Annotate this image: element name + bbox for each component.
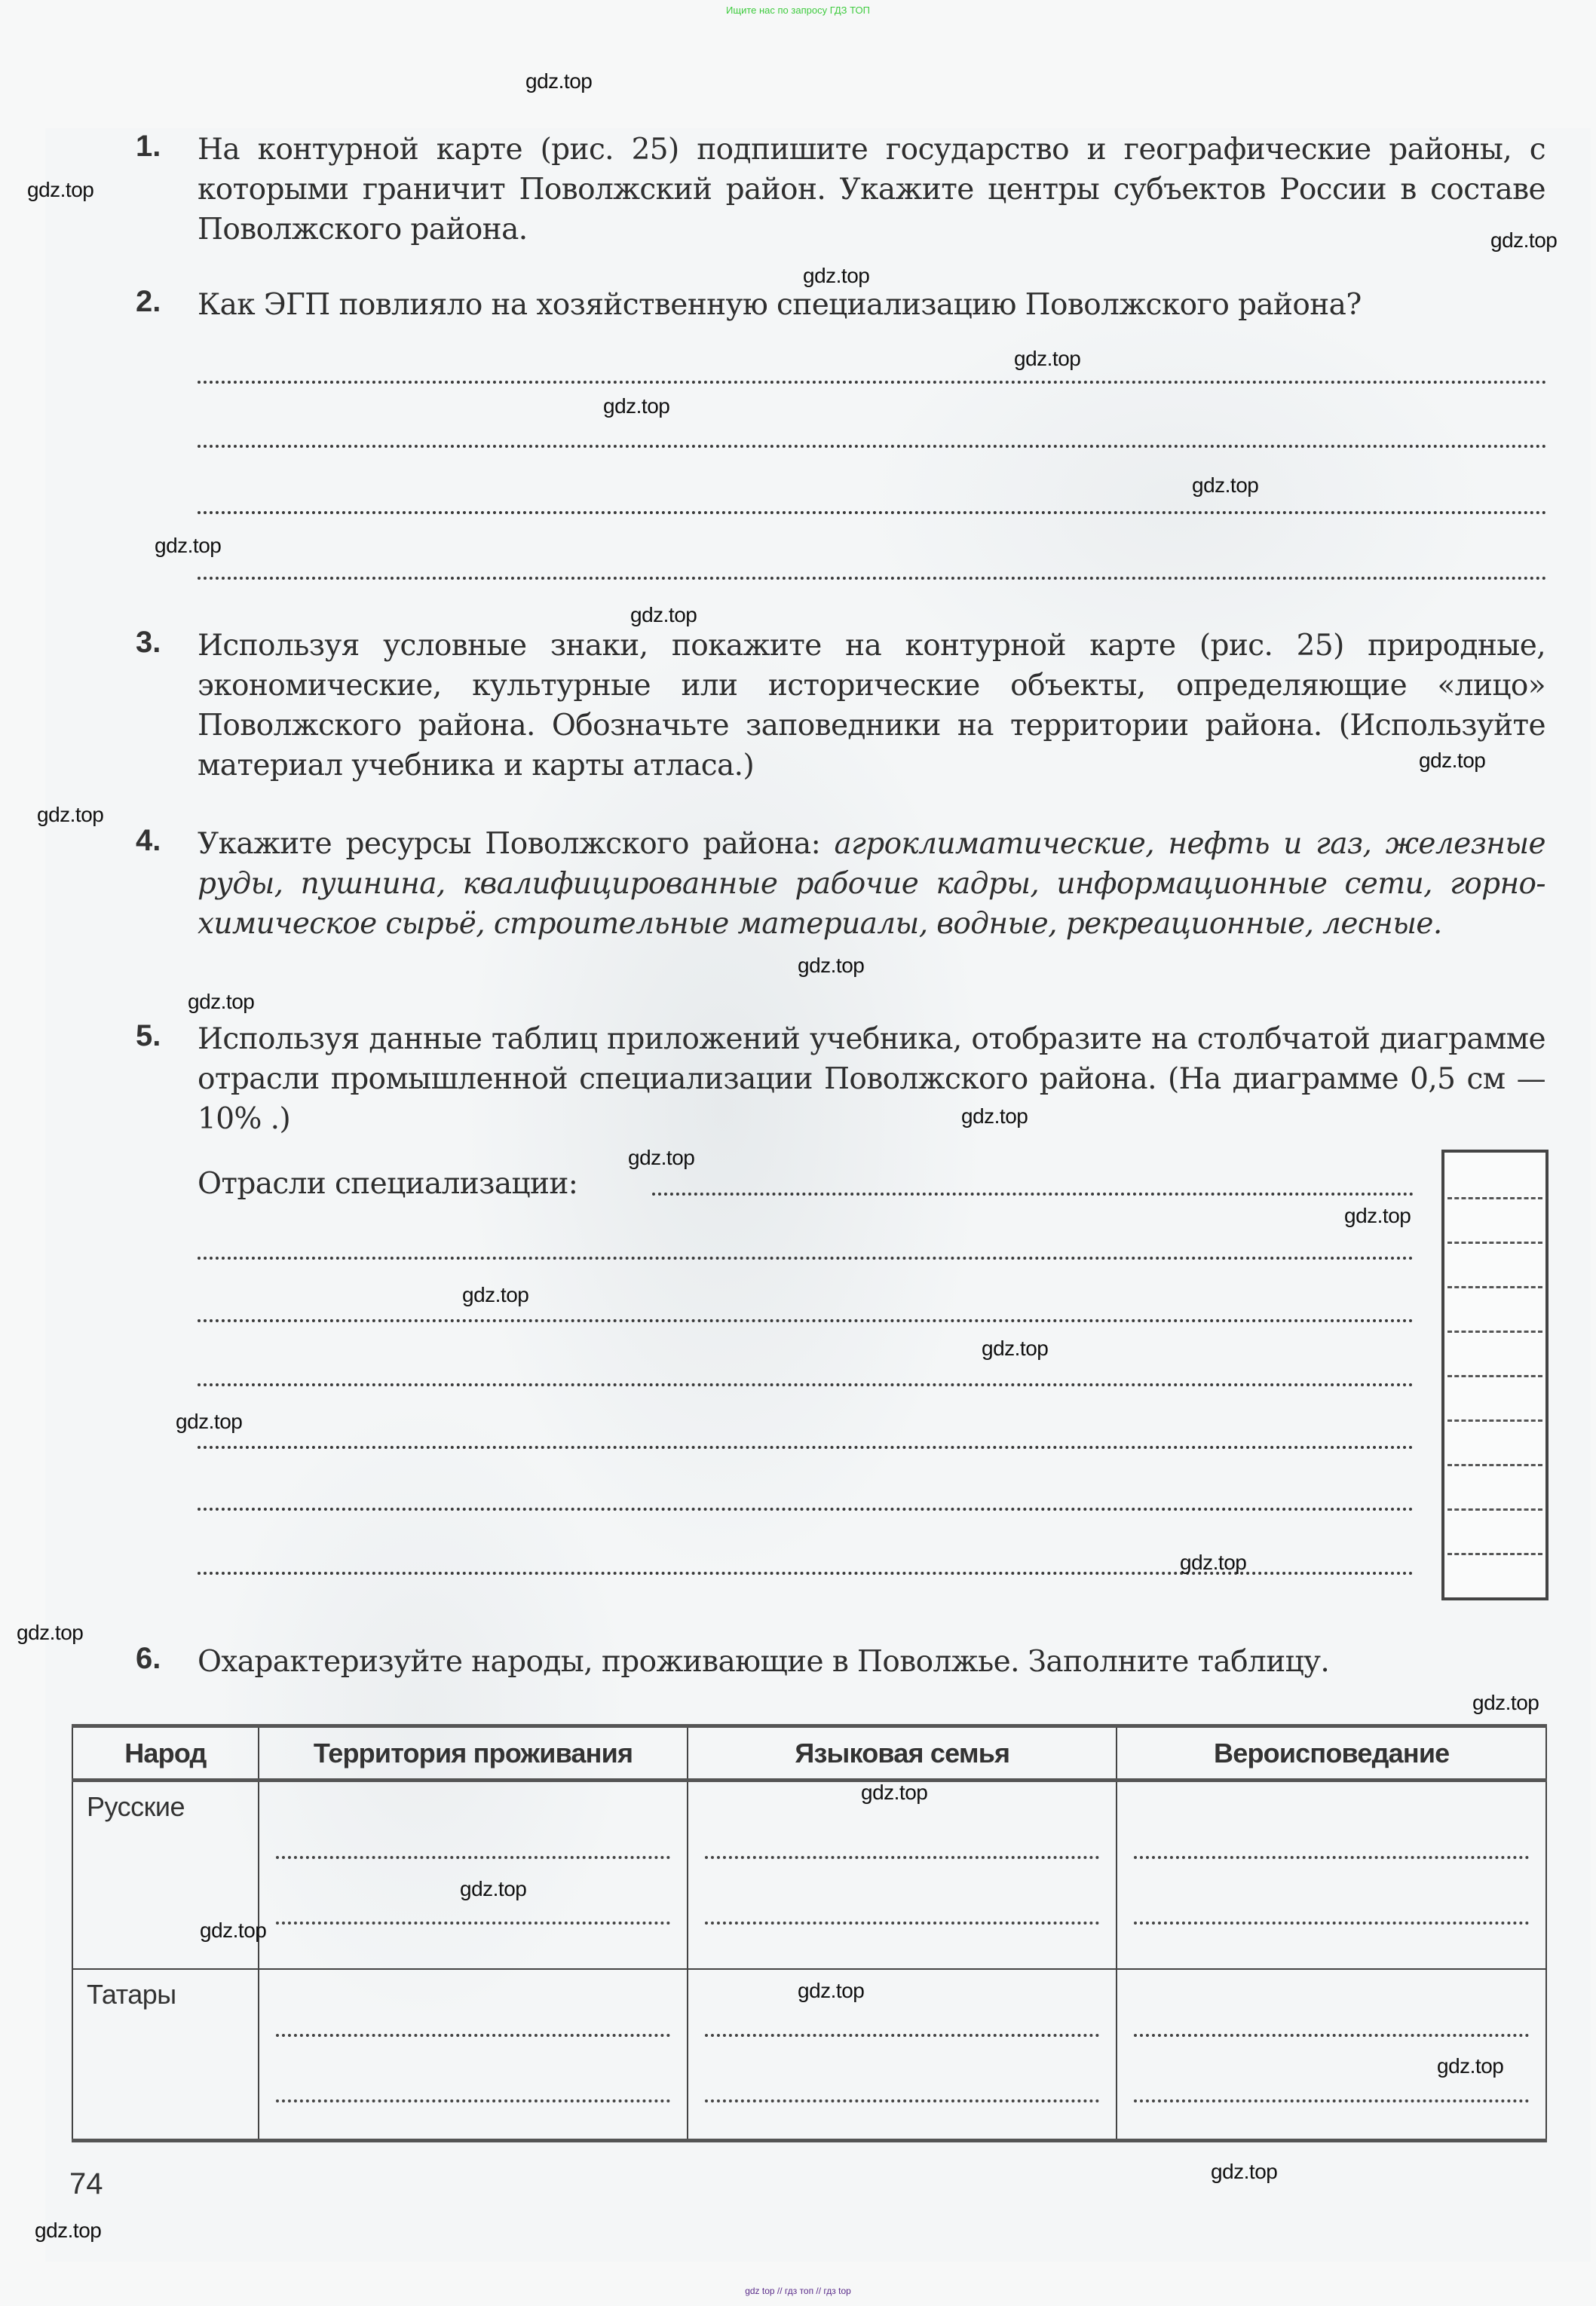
watermark: gdz.top xyxy=(861,1781,927,1805)
watermark: gdz.top xyxy=(188,990,254,1014)
answer-line[interactable] xyxy=(1134,2034,1529,2037)
watermark: gdz.top xyxy=(798,954,864,978)
watermark: gdz.top xyxy=(803,264,869,288)
answer-line[interactable] xyxy=(705,1856,1099,1859)
watermark: gdz.top xyxy=(37,803,103,827)
answer-line[interactable] xyxy=(276,1922,670,1925)
watermark: gdz.top xyxy=(525,69,592,93)
territory-cell[interactable] xyxy=(259,1781,688,1969)
header-territory: Территория проживания xyxy=(259,1726,688,1781)
answer-line[interactable] xyxy=(705,2099,1099,2102)
question-number: 3. xyxy=(136,626,188,660)
question-text: На контурной карте (рис. 25) подпишите г… xyxy=(198,130,1545,250)
question-number: 1. xyxy=(136,130,188,164)
question-number: 2. xyxy=(136,285,188,319)
answer-line[interactable] xyxy=(198,1257,1414,1260)
watermark: gdz.top xyxy=(628,1146,694,1170)
question-text: Как ЭГП повлияло на хозяйственную специа… xyxy=(198,285,1545,325)
header-people: Народ xyxy=(72,1726,259,1781)
watermark: gdz.top xyxy=(200,1919,266,1943)
question-text: Укажите ресурсы Поволжского района: агро… xyxy=(198,824,1545,944)
watermark: gdz.top xyxy=(17,1621,83,1645)
answer-line[interactable] xyxy=(652,1193,1414,1196)
watermark: gdz.top xyxy=(460,1877,526,1901)
watermark: gdz.top xyxy=(982,1337,1048,1361)
scale-division-line xyxy=(1447,1331,1542,1333)
watermark: gdz.top xyxy=(961,1104,1028,1129)
territory-cell[interactable] xyxy=(259,1969,688,2141)
watermark: gdz.top xyxy=(630,603,697,627)
header-religion: Вероисповедание xyxy=(1117,1726,1546,1781)
question-text: Охарактеризуйте народы, проживающие в По… xyxy=(198,1642,1545,1682)
watermark: gdz.top xyxy=(1419,749,1485,773)
scale-division-line xyxy=(1447,1419,1542,1422)
answer-line[interactable] xyxy=(276,2099,670,2102)
answer-line[interactable] xyxy=(705,1922,1099,1925)
language-family-cell[interactable] xyxy=(688,1781,1117,1969)
page-number: 74 xyxy=(69,2167,103,2201)
peoples-table: Народ Территория проживания Языковая сем… xyxy=(72,1724,1547,2142)
watermark: gdz.top xyxy=(35,2219,101,2243)
answer-line[interactable] xyxy=(705,2034,1099,2037)
question-number: 4. xyxy=(136,824,188,858)
question-2: 2. Как ЭГП повлияло на хозяйственную спе… xyxy=(136,285,1545,325)
answer-line[interactable] xyxy=(198,1446,1414,1449)
answer-line[interactable] xyxy=(1134,1856,1529,1859)
people-name: Татары xyxy=(72,1969,259,2141)
watermark: gdz.top xyxy=(27,178,93,202)
question-3: 3. Используя условные знаки, покажите на… xyxy=(136,626,1545,786)
header-language-family: Языковая семья xyxy=(688,1726,1117,1781)
watermark: gdz.top xyxy=(603,394,669,418)
religion-cell[interactable] xyxy=(1117,1781,1546,1969)
answer-line[interactable] xyxy=(198,1508,1414,1511)
answer-line[interactable] xyxy=(198,1319,1414,1322)
scale-division-line xyxy=(1447,1464,1542,1466)
answer-line[interactable] xyxy=(1134,2099,1529,2102)
watermark: gdz.top xyxy=(1192,473,1258,498)
answer-line[interactable] xyxy=(276,2034,670,2037)
specialization-label: Отрасли специализации: xyxy=(198,1167,577,1201)
top-banner: Ищите нас по запросу ГДЗ ТОП xyxy=(0,5,1596,16)
answer-line[interactable] xyxy=(1134,1922,1529,1925)
question-number: 6. xyxy=(136,1642,188,1676)
watermark: gdz.top xyxy=(1344,1204,1411,1228)
question-1: 1. На контурной карте (рис. 25) подпишит… xyxy=(136,130,1545,250)
question-number: 5. xyxy=(136,1019,188,1053)
answer-line[interactable] xyxy=(198,577,1547,580)
question-4: 4. Укажите ресурсы Поволжского района: а… xyxy=(136,824,1545,944)
watermark: gdz.top xyxy=(176,1410,242,1434)
table-header-row: Народ Территория проживания Языковая сем… xyxy=(72,1726,1546,1781)
bar-chart-box[interactable] xyxy=(1441,1150,1549,1600)
watermark: gdz.top xyxy=(1180,1551,1246,1575)
question-lead: Укажите ресурсы Поволжского района: xyxy=(198,827,834,861)
watermark: gdz.top xyxy=(1211,2160,1277,2184)
watermark: gdz.top xyxy=(462,1283,528,1307)
watermark: gdz.top xyxy=(1437,2054,1503,2078)
scale-division-line xyxy=(1447,1286,1542,1288)
watermark: gdz.top xyxy=(1014,347,1080,371)
answer-line[interactable] xyxy=(276,1856,670,1859)
scale-division-line xyxy=(1447,1375,1542,1377)
scale-division-line xyxy=(1447,1242,1542,1244)
watermark: gdz.top xyxy=(798,1979,864,2003)
language-family-cell[interactable] xyxy=(688,1969,1117,2141)
answer-line[interactable] xyxy=(198,1383,1414,1386)
scale-division-line xyxy=(1447,1508,1542,1511)
watermark: gdz.top xyxy=(1472,1691,1539,1715)
watermark: gdz.top xyxy=(155,534,221,558)
answer-line[interactable] xyxy=(198,381,1547,384)
question-6: 6. Охарактеризуйте народы, проживающие в… xyxy=(136,1642,1545,1682)
table-row: Русские xyxy=(72,1781,1546,1969)
answer-line[interactable] xyxy=(198,511,1547,514)
question-text: Используя условные знаки, покажите на ко… xyxy=(198,626,1545,786)
bottom-banner: gdz top // гдз топ // гдз top xyxy=(0,2286,1596,2296)
answer-line[interactable] xyxy=(198,445,1547,448)
question-text: Используя данные таблиц приложений учебн… xyxy=(198,1019,1545,1139)
scale-division-line xyxy=(1447,1197,1542,1199)
question-5: 5. Используя данные таблиц приложений уч… xyxy=(136,1019,1545,1139)
scale-division-line xyxy=(1447,1553,1542,1555)
watermark: gdz.top xyxy=(1490,228,1557,253)
